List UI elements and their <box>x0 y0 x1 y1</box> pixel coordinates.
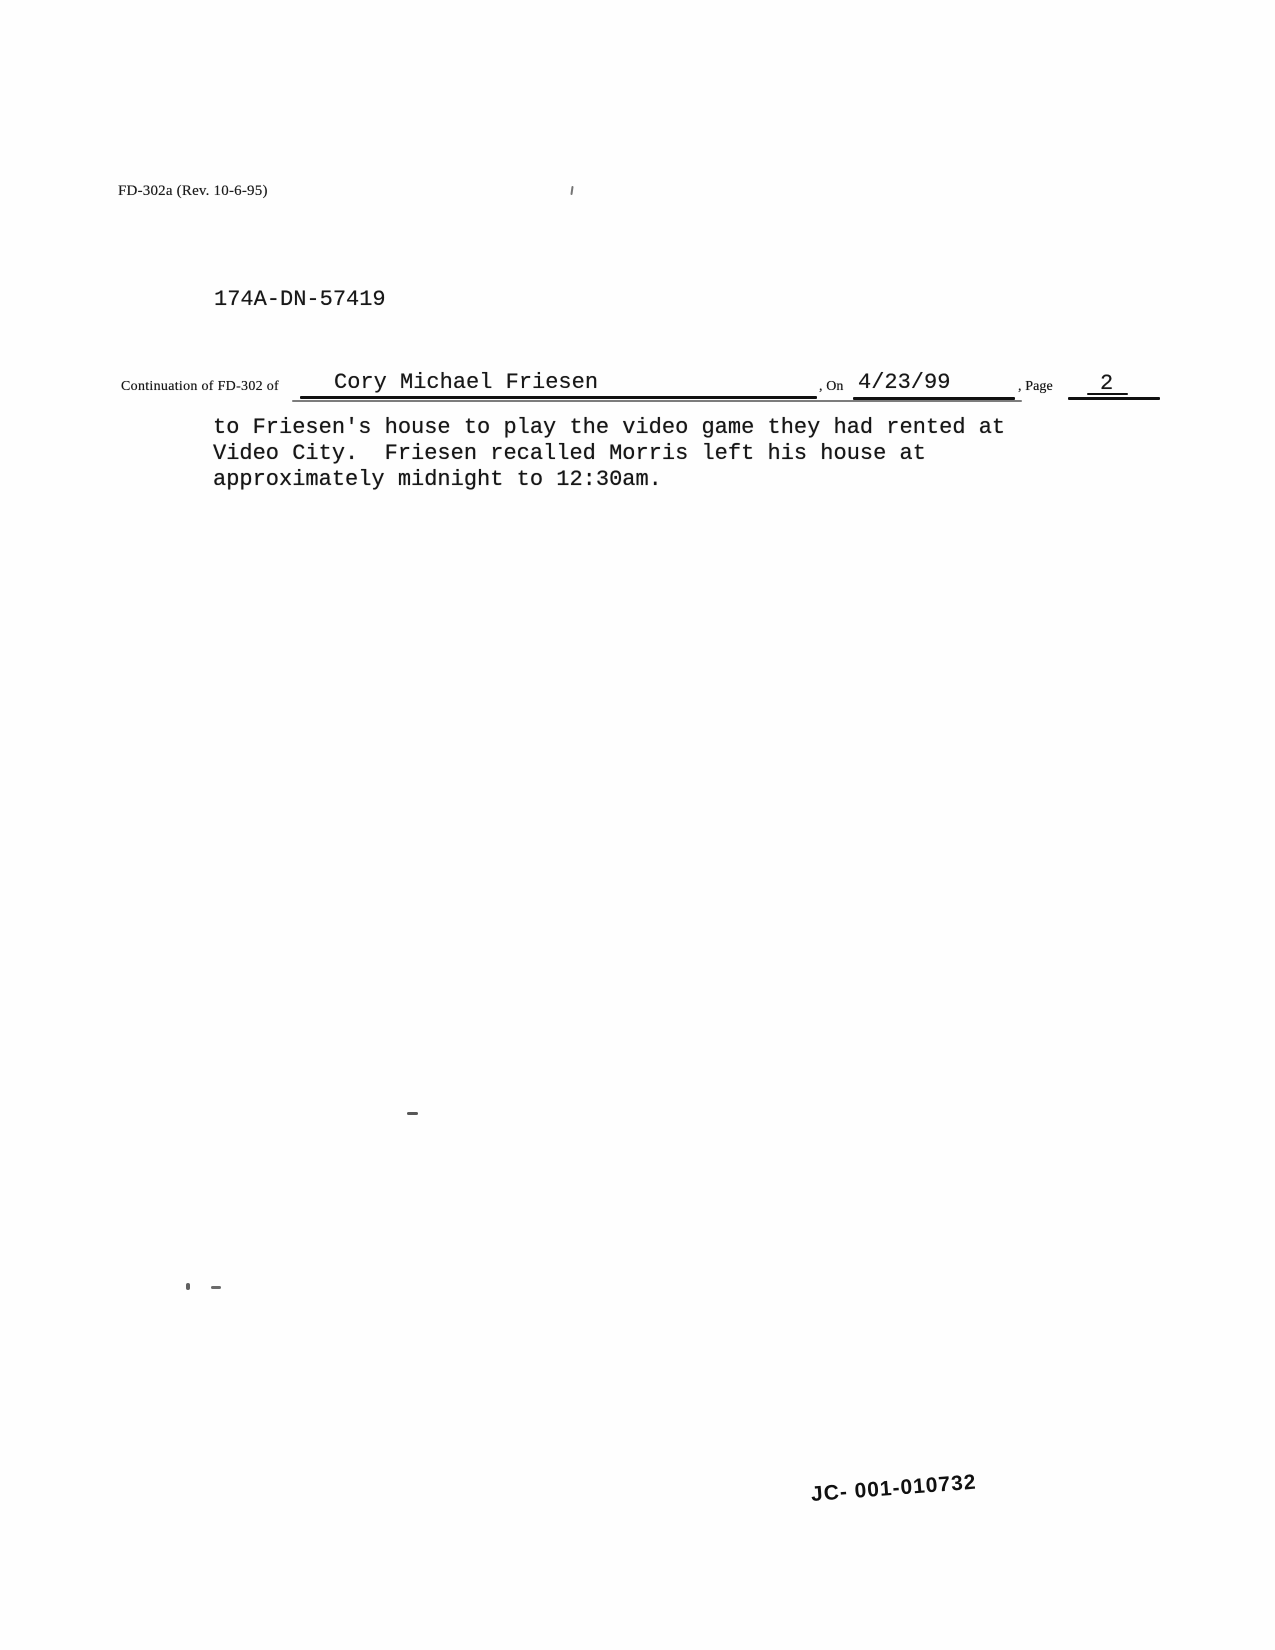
page-number-underline-inner <box>1087 393 1128 395</box>
on-label: , On <box>819 379 844 395</box>
body-paragraph: to Friesen's house to play the video gam… <box>213 415 1005 493</box>
date-underline <box>853 397 1015 400</box>
scanned-document-page: FD-302a (Rev. 10-6-95) 174A-DN-57419 Con… <box>0 0 1275 1650</box>
page-number-underline <box>1068 397 1160 400</box>
form-revision-label: FD-302a (Rev. 10-6-95) <box>118 183 268 200</box>
scan-dash <box>407 1112 418 1115</box>
case-number: 174A-DN-57419 <box>214 287 386 312</box>
continuation-label: Continuation of FD-302 of <box>121 379 279 395</box>
subject-underline <box>300 396 817 399</box>
body-line: to Friesen's house to play the video gam… <box>213 415 1005 441</box>
bates-stamp: JC- 001-010732 <box>810 1471 977 1507</box>
subject-name-field: Cory Michael Friesen <box>334 370 598 395</box>
subject-underline-smudge <box>292 400 1022 402</box>
scan-dash <box>211 1286 221 1289</box>
body-line: Video City. Friesen recalled Morris left… <box>213 441 1005 467</box>
scan-dot <box>186 1283 190 1290</box>
page-label: , Page <box>1018 379 1053 395</box>
scan-speck <box>570 186 573 195</box>
date-field: 4/23/99 <box>858 370 950 395</box>
body-line: approximately midnight to 12:30am. <box>213 467 1005 493</box>
